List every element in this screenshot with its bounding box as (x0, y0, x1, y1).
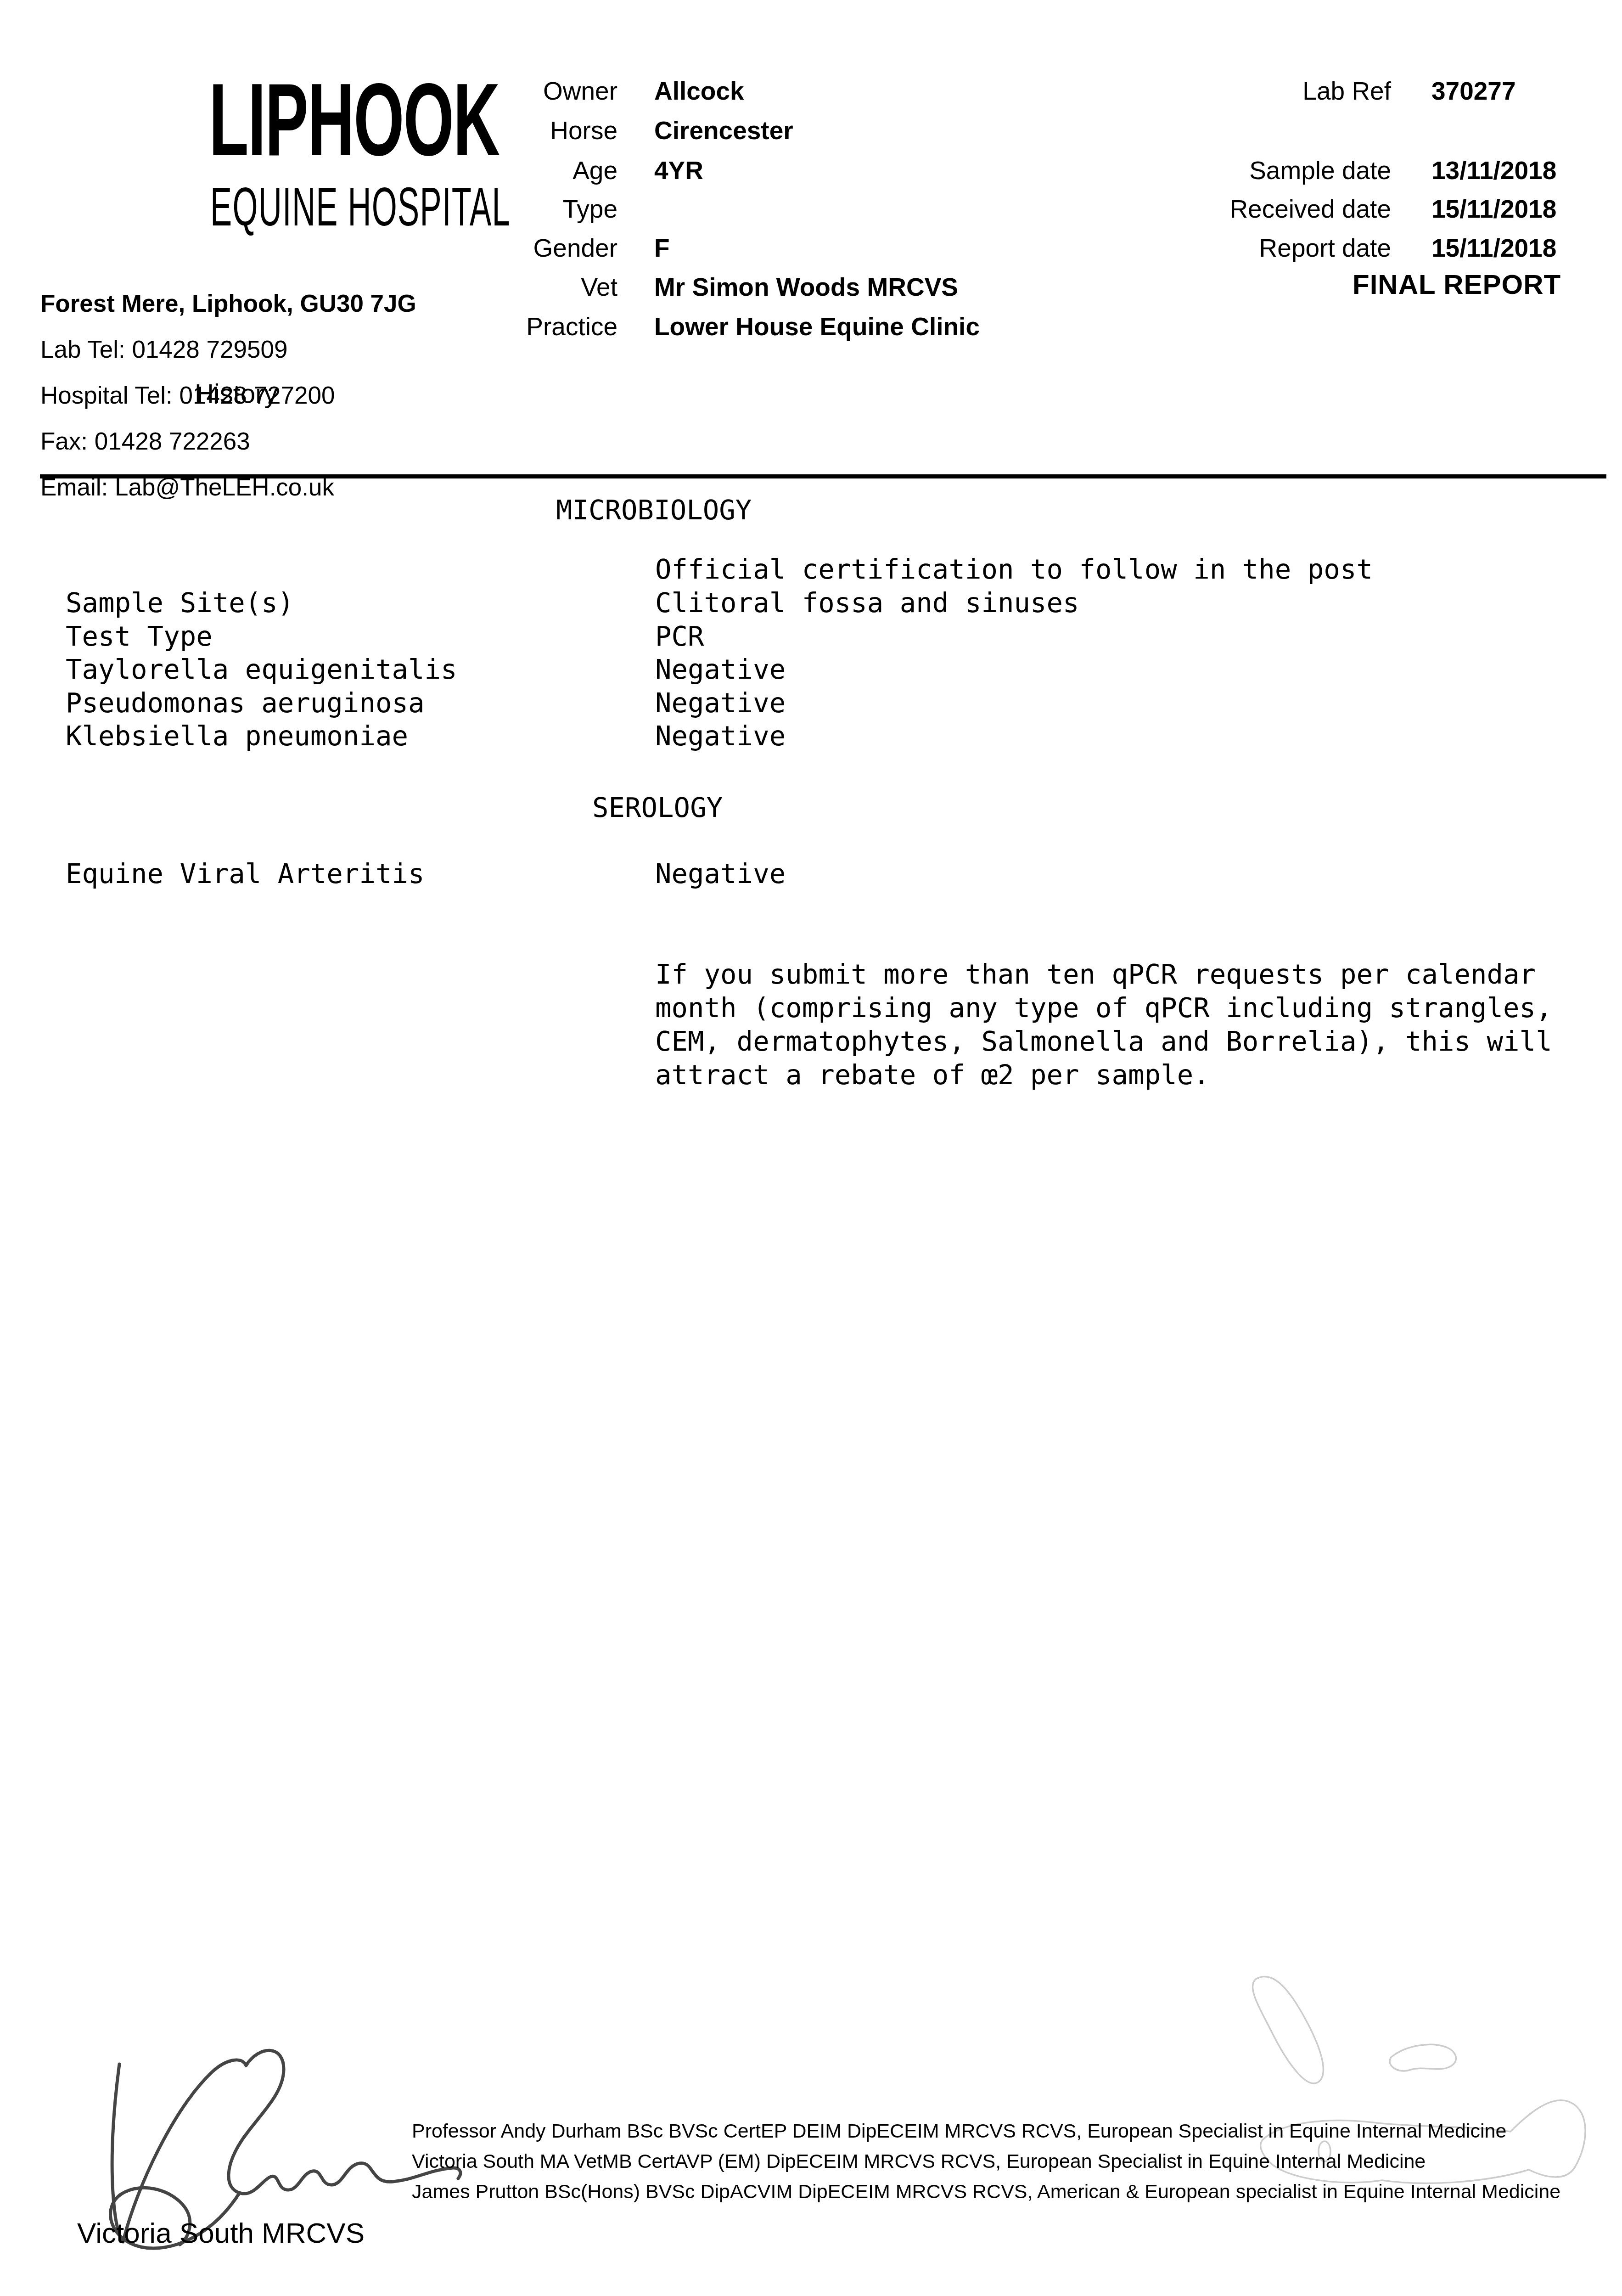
owner-label: Owner (365, 75, 617, 107)
footer-credential-line: Victoria South MA VetMB CertAVP (EM) Dip… (412, 2146, 1560, 2177)
rebate-note-line: CEM, dermatophytes, Salmonella and Borre… (655, 1025, 1552, 1057)
age-value: 4YR (654, 154, 703, 186)
lab-ref-label: Lab Ref (1116, 75, 1391, 107)
detail-row: Gender F Report date 15/11/2018 (0, 232, 1622, 264)
sample-site-label: Sample Site(s) (66, 586, 294, 619)
rebate-note-line: If you submit more than ten qPCR request… (655, 958, 1536, 990)
age-label: Age (365, 154, 617, 186)
signatory-name: Victoria South MRCVS (77, 2217, 365, 2250)
certification-note: Official certification to follow in the … (655, 552, 1373, 586)
report-date-value: 15/11/2018 (1431, 232, 1556, 264)
gender-value: F (654, 232, 670, 264)
detail-row: Age 4YR Sample date 13/11/2018 (0, 154, 1622, 186)
detail-row: Practice Lower House Equine Clinic (0, 310, 1622, 343)
eva-result: Negative (655, 857, 786, 890)
type-label: Type (365, 193, 617, 225)
rebate-note: If you submit more than ten qPCR request… (655, 957, 1552, 1092)
received-date-value: 15/11/2018 (1431, 193, 1556, 225)
rebate-note-line: attract a rebate of œ2 per sample. (655, 1059, 1210, 1091)
taylorella-label: Taylorella equigenitalis (66, 653, 457, 686)
test-type-label: Test Type (66, 619, 213, 653)
final-report-badge: FINAL REPORT (1353, 269, 1561, 300)
horse-value: Cirencester (654, 114, 793, 146)
footer-credentials: Professor Andy Durham BSc BVSc CertEP DE… (412, 2116, 1560, 2207)
vet-label: Vet (365, 271, 617, 303)
vet-value: Mr Simon Woods MRCVS (654, 271, 958, 303)
sample-site-value: Clitoral fossa and sinuses (655, 586, 1079, 619)
fax: Fax: 01428 722263 (40, 419, 416, 465)
detail-row: Type Received date 15/11/2018 (0, 193, 1622, 225)
pseudomonas-result: Negative (655, 686, 786, 720)
lab-ref-value: 370277 (1431, 75, 1516, 107)
sample-date-value: 13/11/2018 (1431, 154, 1556, 186)
history-label: History (195, 378, 277, 409)
test-type-value: PCR (655, 619, 704, 653)
practice-value: Lower House Equine Clinic (654, 310, 980, 343)
email: Email: Lab@TheLEH.co.uk (40, 465, 416, 511)
owner-value: Allcock (654, 75, 744, 107)
klebsiella-result: Negative (655, 719, 786, 753)
klebsiella-label: Klebsiella pneumoniae (66, 719, 408, 753)
pseudomonas-label: Pseudomonas aeruginosa (66, 686, 424, 720)
sample-date-label: Sample date (1116, 154, 1391, 186)
section-divider (40, 474, 1606, 478)
practice-label: Practice (365, 310, 617, 343)
horse-label: Horse (365, 114, 617, 146)
footer-credential-line: Professor Andy Durham BSc BVSc CertEP DE… (412, 2116, 1560, 2146)
detail-row: Horse Cirencester (0, 114, 1622, 146)
lab-report-page: LIPHOOK EQUINE HOSPITAL Forest Mere, Lip… (0, 0, 1622, 2296)
eva-label: Equine Viral Arteritis (66, 857, 424, 890)
taylorella-result: Negative (655, 653, 786, 686)
microbiology-title: MICROBIOLOGY (556, 493, 752, 527)
serology-title: SEROLOGY (592, 791, 723, 824)
scan-artifact (1252, 1976, 1323, 2083)
footer-credential-line: James Prutton BSc(Hons) BVSc DipACVIM Di… (412, 2177, 1560, 2207)
report-date-label: Report date (1116, 232, 1391, 264)
detail-row: Owner Allcock Lab Ref 370277 (0, 75, 1622, 107)
scan-artifact (1390, 2044, 1456, 2071)
received-date-label: Received date (1116, 193, 1391, 225)
gender-label: Gender (365, 232, 617, 264)
rebate-note-line: month (comprising any type of qPCR inclu… (655, 992, 1552, 1024)
